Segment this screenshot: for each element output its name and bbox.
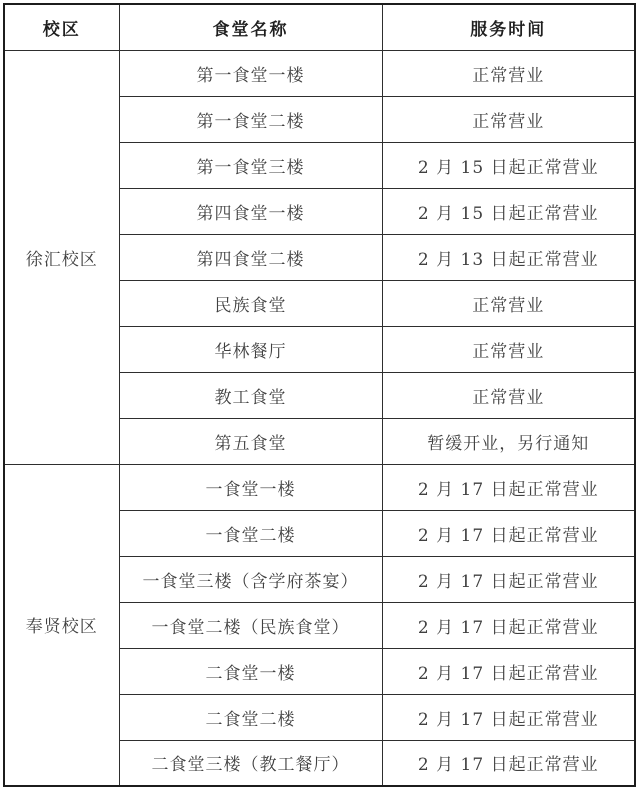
service-time-cell: 2 月 15 日起正常营业 [382,188,635,234]
campus-cell: 徐汇校区 [4,50,119,464]
campus-cell: 奉贤校区 [4,464,119,786]
service-time-cell: 暂缓开业，另行通知 [382,418,635,464]
service-time-cell: 正常营业 [382,326,635,372]
canteen-name-cell: 第四食堂一楼 [119,188,382,234]
service-time-cell: 正常营业 [382,96,635,142]
table-body: 徐汇校区第一食堂一楼正常营业第一食堂二楼正常营业第一食堂三楼2 月 15 日起正… [4,50,635,786]
canteen-name-cell: 教工食堂 [119,372,382,418]
service-time-cell: 2 月 13 日起正常营业 [382,234,635,280]
header-service-time: 服务时间 [382,4,635,50]
canteen-name-cell: 二食堂二楼 [119,694,382,740]
table-row: 徐汇校区第一食堂一楼正常营业 [4,50,635,96]
table-header-row: 校区 食堂名称 服务时间 [4,4,635,50]
canteen-name-cell: 民族食堂 [119,280,382,326]
service-time-cell: 2 月 17 日起正常营业 [382,510,635,556]
table-row: 奉贤校区一食堂一楼2 月 17 日起正常营业 [4,464,635,510]
service-time-cell: 正常营业 [382,280,635,326]
canteen-name-cell: 一食堂一楼 [119,464,382,510]
canteen-schedule-table: 校区 食堂名称 服务时间 徐汇校区第一食堂一楼正常营业第一食堂二楼正常营业第一食… [3,3,636,787]
canteen-name-cell: 一食堂二楼 [119,510,382,556]
page: 校区 食堂名称 服务时间 徐汇校区第一食堂一楼正常营业第一食堂二楼正常营业第一食… [0,0,639,806]
canteen-name-cell: 第五食堂 [119,418,382,464]
header-canteen-name: 食堂名称 [119,4,382,50]
canteen-name-cell: 第一食堂二楼 [119,96,382,142]
canteen-name-cell: 一食堂二楼（民族食堂） [119,602,382,648]
header-campus: 校区 [4,4,119,50]
service-time-cell: 2 月 17 日起正常营业 [382,648,635,694]
service-time-cell: 正常营业 [382,50,635,96]
canteen-name-cell: 二食堂一楼 [119,648,382,694]
canteen-name-cell: 二食堂三楼（教工餐厅） [119,740,382,786]
canteen-name-cell: 第一食堂一楼 [119,50,382,96]
service-time-cell: 正常营业 [382,372,635,418]
service-time-cell: 2 月 17 日起正常营业 [382,556,635,602]
service-time-cell: 2 月 17 日起正常营业 [382,740,635,786]
canteen-name-cell: 华林餐厅 [119,326,382,372]
service-time-cell: 2 月 17 日起正常营业 [382,602,635,648]
service-time-cell: 2 月 15 日起正常营业 [382,142,635,188]
service-time-cell: 2 月 17 日起正常营业 [382,694,635,740]
canteen-name-cell: 第四食堂二楼 [119,234,382,280]
canteen-name-cell: 一食堂三楼（含学府茶宴） [119,556,382,602]
canteen-name-cell: 第一食堂三楼 [119,142,382,188]
service-time-cell: 2 月 17 日起正常营业 [382,464,635,510]
